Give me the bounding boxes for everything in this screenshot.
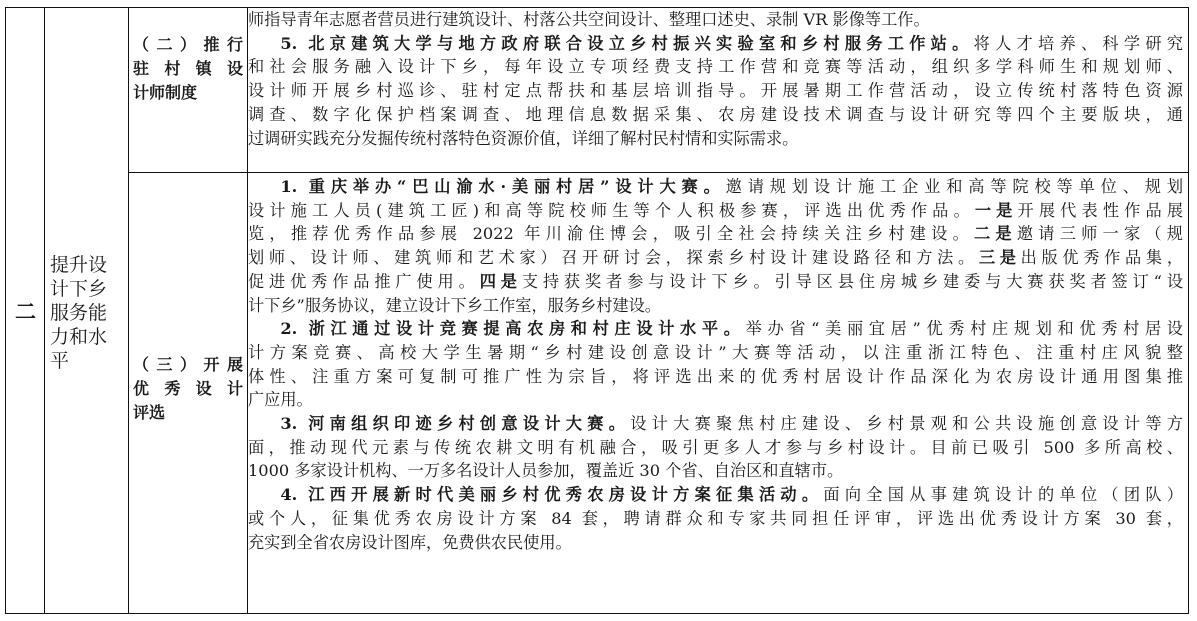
content-line: 计下乡”服务协议，建立设计下乡工作室，服务乡村建设。 — [248, 294, 1183, 318]
content-line: 或个人，征集优秀农房设计方案 84 套，聘请群众和专家共同担任评审，评选出优秀设… — [248, 507, 1183, 531]
category-line: 力和水 — [50, 325, 128, 349]
content-line: 设计师开展乡村巡诊、驻村定点帮扶和基层培训指导。开展暑期工作营活动，设立传统村落… — [248, 79, 1183, 103]
content-line: 1. 重庆举办“巴山渝水·美丽村居”设计大赛。邀请规划设计施工企业和高等院校等单… — [248, 175, 1183, 199]
row-number: 二 — [15, 296, 36, 326]
category-line: 计下乡 — [50, 277, 128, 301]
content-line: 促进优秀作品推广使用。四是支持获奖者参与设计下乡。引导区县住房城乡建委与大赛获奖… — [248, 270, 1183, 294]
sub-heading-line: 计师制度 — [133, 81, 243, 105]
content-line: 划师、设计师、建筑师和艺术家）召开研讨会，探索乡村设计建设路径和方法。三是出版优… — [248, 246, 1183, 270]
content-line: 3. 河南组织印迹乡村创意设计大赛。设计大赛聚焦村庄建设、乡村景观和公共设施创意… — [248, 412, 1183, 436]
content-line: 计方案竞赛、高校大学生暑期“乡村建设创意设计”大赛等活动，以注重浙江特色、注重村… — [248, 341, 1183, 365]
content-line: 广应用。 — [248, 388, 1183, 412]
content-line: 师指导青年志愿者营员进行建筑设计、村落公共空间设计、整理口述史、录制 VR 影像… — [248, 8, 1183, 32]
content-line: 2. 浙江通过设计竞赛提高农房和村庄设计水平。举办省“美丽宜居”优秀村庄规划和优… — [248, 317, 1183, 341]
content-line: 4. 江西开展新时代美丽乡村优秀农房设计方案征集活动。面向全国从事建筑设计的单位… — [248, 483, 1183, 507]
content-line: 和社会服务融入设计下乡，每年设立专项经费支持工作营和竞赛等活动，组织多学科师生和… — [248, 55, 1183, 79]
sub-heading-line: 优秀设计 — [133, 377, 243, 401]
section-content-3: 1. 重庆举办“巴山渝水·美丽村居”设计大赛。邀请规划设计施工企业和高等院校等单… — [248, 175, 1183, 554]
content-line: 览，推荐优秀作品参展 2022 年川渝住博会，吸引全社会持续关注乡村建设。二是邀… — [248, 222, 1183, 246]
section-content-2: 师指导青年志愿者营员进行建筑设计、村落公共空间设计、整理口述史、录制 VR 影像… — [248, 8, 1183, 150]
sub-heading-line: 驻村镇设 — [133, 57, 243, 81]
sub-heading-3: （三）开展 优秀设计 评选 — [133, 353, 243, 425]
category-cell: 提升设 计下乡 服务能 力和水 平 — [50, 253, 128, 373]
category-line: 服务能 — [50, 301, 128, 325]
category-line: 提升设 — [50, 253, 128, 277]
sub-heading-line: （二）推行 — [133, 33, 243, 57]
column-divider — [128, 8, 129, 613]
row-divider — [128, 172, 1188, 173]
sub-heading-line: 评选 — [133, 401, 243, 425]
content-line: 设计施工人员(建筑工匠)和高等院校师生等个人积极参赛，评选出优秀作品。一是开展代… — [248, 199, 1183, 223]
content-line: 过调研实践充分发掘传统村落特色资源价值，详细了解村民村情和实际需求。 — [248, 127, 1183, 151]
sub-heading-2: （二）推行 驻村镇设 计师制度 — [133, 33, 243, 105]
content-line: 面，推动现代元素与传统农耕文明有机融合，吸引更多人才参与乡村设计。目前已吸引 5… — [248, 436, 1183, 460]
content-line: 5. 北京建筑大学与地方政府联合设立乡村振兴实验室和乡村服务工作站。将人才培养、… — [248, 32, 1183, 56]
content-line: 充实到全省农房设计图库，免费供农民使用。 — [248, 531, 1183, 555]
category-line: 平 — [50, 349, 128, 373]
row-number-cell: 二 — [6, 8, 45, 613]
sub-heading-line: （三）开展 — [133, 353, 243, 377]
content-line: 1000 多家设计机构、一万多名设计人员参加，覆盖近 30 个省、自治区和直辖市… — [248, 459, 1183, 483]
content-line: 调查、数字化保护档案调查、地理信息数据采集、农房建设技术调查与设计研究等四个主要… — [248, 103, 1183, 127]
content-line: 体性、注重方案可复制可推广性为宗旨，将评选出来的优秀村居设计作品深化为农房设计通… — [248, 365, 1183, 389]
